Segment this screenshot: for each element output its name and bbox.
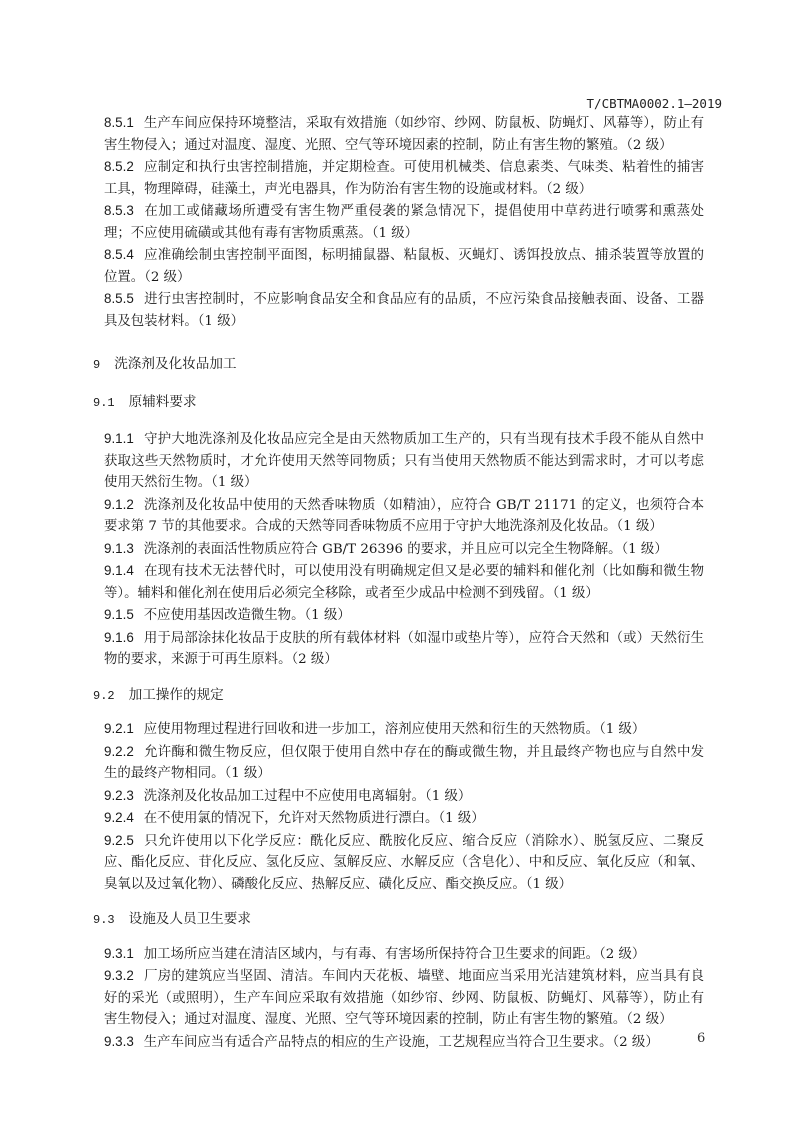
- clause-text: 加工场所应当建在清洁区域内，与有毒、有害场所保持符合卫生要求的间距。（2 级）: [144, 947, 646, 962]
- clause-text: 只允许使用以下化学反应：酰化反应、酰胺化反应、缩合反应（消除水）、脱氢反应、二聚…: [104, 834, 704, 892]
- clause-number: 9.1.1: [104, 431, 134, 446]
- clause-9-2-3: 9.2.3洗涤剂及化妆品加工过程中不应使用电离辐射。（1 级）: [104, 785, 704, 808]
- clause-number: 9.2.4: [104, 810, 134, 825]
- section-heading-9-3: 9.3设施及人员卫生要求: [93, 909, 693, 932]
- chapter-heading: 9洗涤剂及化妆品加工: [93, 354, 693, 377]
- clause-number: 9.2.1: [104, 721, 134, 736]
- clause-number: 9.1.5: [104, 607, 134, 622]
- clause-number: 9.3.2: [104, 968, 134, 983]
- clause-text: 生产车间应保持环境整洁，采取有效措施（如纱帘、纱网、防鼠板、防蝇灯、风幕等），防…: [104, 116, 704, 153]
- page-number: 6: [697, 1031, 705, 1046]
- clause-text: 用于局部涂抹化妆品于皮肤的所有载体材料（如湿巾或垫片等），应符合天然和（或）天然…: [104, 631, 704, 668]
- clause-8-5-4: 8.5.4应准确绘制虫害控制平面图，标明捕鼠器、粘鼠板、灭蝇灯、诱饵投放点、捕杀…: [104, 244, 704, 288]
- clause-text: 守护大地洗涤剂及化妆品应完全是由天然物质加工生产的，只有当现有技术手段不能从自然…: [104, 432, 704, 490]
- section-number: 9.1: [93, 396, 115, 410]
- chapter-title: 洗涤剂及化妆品加工: [114, 356, 236, 372]
- clause-text: 应准确绘制虫害控制平面图，标明捕鼠器、粘鼠板、灭蝇灯、诱饵投放点、捕杀装置等放置…: [104, 248, 704, 285]
- section-title: 加工操作的规定: [129, 687, 224, 703]
- clause-8-5-2: 8.5.2应制定和执行虫害控制措施，并定期检查。可使用机械类、信息素类、气味类、…: [104, 156, 704, 200]
- clause-9-2-4: 9.2.4在不使用氯的情况下，允许对天然物质进行漂白。（1 级）: [104, 807, 704, 830]
- clause-number: 9.3.1: [104, 946, 134, 961]
- clause-8-5-3: 8.5.3在加工或储藏场所遭受有害生物严重侵袭的紧急情况下，提倡使用中草药进行喷…: [104, 200, 704, 244]
- page-content: 8.5.1生产车间应保持环境整洁，采取有效措施（如纱帘、纱网、防鼠板、防蝇灯、风…: [104, 112, 704, 1053]
- clause-9-3-3: 9.3.3生产车间应当有适合产品特点的相应的生产设施，工艺规程应当符合卫生要求。…: [104, 1031, 704, 1054]
- clause-number: 8.5.5: [104, 291, 134, 306]
- chapter-number: 9: [93, 358, 100, 372]
- clause-9-2-5: 9.2.5只允许使用以下化学反应：酰化反应、酰胺化反应、缩合反应（消除水）、脱氢…: [104, 830, 704, 896]
- clause-text: 进行虫害控制时，不应影响食品安全和食品应有的品质，不应污染食品接触表面、设备、工…: [104, 292, 704, 329]
- section-title: 设施及人员卫生要求: [129, 911, 251, 927]
- clause-number: 9.2.2: [104, 744, 134, 759]
- clause-text: 洗涤剂及化妆品加工过程中不应使用电离辐射。（1 级）: [144, 789, 471, 804]
- clause-text: 厂房的建筑应当坚固、清洁。车间内天花板、墙壁、地面应当采用光洁建筑材料，应当具有…: [104, 969, 704, 1027]
- clause-9-1-6: 9.1.6用于局部涂抹化妆品于皮肤的所有载体材料（如湿巾或垫片等），应符合天然和…: [104, 627, 704, 671]
- clause-number: 8.5.2: [104, 159, 134, 174]
- clause-number: 8.5.1: [104, 115, 134, 130]
- section-number: 9.2: [93, 689, 115, 703]
- clause-8-5-5: 8.5.5进行虫害控制时，不应影响食品安全和食品应有的品质，不应污染食品接触表面…: [104, 288, 704, 332]
- clause-text: 在加工或储藏场所遭受有害生物严重侵袭的紧急情况下，提倡使用中草药进行喷雾和熏蒸处…: [104, 204, 704, 241]
- clause-9-1-1: 9.1.1守护大地洗涤剂及化妆品应完全是由天然物质加工生产的，只有当现有技术手段…: [104, 428, 704, 494]
- section-heading-9-2: 9.2加工操作的规定: [93, 685, 693, 708]
- clause-text: 洗涤剂及化妆品中使用的天然香味物质（如精油），应符合 GB/T 21171 的定…: [104, 498, 704, 535]
- clause-text: 应使用物理过程进行回收和进一步加工，溶剂应使用天然和衍生的天然物质。（1 级）: [144, 722, 646, 737]
- clause-9-3-1: 9.3.1加工场所应当建在清洁区域内，与有毒、有害场所保持符合卫生要求的间距。（…: [104, 943, 704, 966]
- clause-number: 9.1.3: [104, 541, 134, 556]
- clause-number: 8.5.3: [104, 203, 134, 218]
- clause-text: 允许酶和微生物反应，但仅限于使用自然中存在的酶或微生物，并且最终产物也应与自然中…: [104, 745, 704, 782]
- clause-number: 9.2.5: [104, 833, 134, 848]
- document-code: T/CBTMA0002.1—2019: [587, 96, 722, 111]
- clause-text: 在现有技术无法替代时，可以使用没有明确规定但又是必要的辅料和催化剂（比如酶和微生…: [104, 564, 704, 601]
- section-title: 原辅料要求: [129, 394, 197, 410]
- clause-9-1-2: 9.1.2洗涤剂及化妆品中使用的天然香味物质（如精油），应符合 GB/T 211…: [104, 494, 704, 538]
- clause-number: 9.1.2: [104, 497, 134, 512]
- clause-number: 9.1.6: [104, 630, 134, 645]
- clause-text: 洗涤剂的表面活性物质应符合 GB/T 26396 的要求，并且应可以完全生物降解…: [144, 542, 668, 557]
- clause-9-1-5: 9.1.5不应使用基因改造微生物。（1 级）: [104, 604, 704, 627]
- clause-9-1-3: 9.1.3洗涤剂的表面活性物质应符合 GB/T 26396 的要求，并且应可以完…: [104, 538, 704, 561]
- clause-text: 生产车间应当有适合产品特点的相应的生产设施，工艺规程应当符合卫生要求。（2 级）: [144, 1035, 659, 1050]
- clause-9-1-4: 9.1.4在现有技术无法替代时，可以使用没有明确规定但又是必要的辅料和催化剂（比…: [104, 560, 704, 604]
- section-number: 9.3: [93, 913, 115, 927]
- section-heading-9-1: 9.1原辅料要求: [93, 392, 693, 415]
- clause-number: 9.1.4: [104, 563, 134, 578]
- clause-8-5-1: 8.5.1生产车间应保持环境整洁，采取有效措施（如纱帘、纱网、防鼠板、防蝇灯、风…: [104, 112, 704, 156]
- clause-9-2-2: 9.2.2允许酶和微生物反应，但仅限于使用自然中存在的酶或微生物，并且最终产物也…: [104, 741, 704, 785]
- clause-number: 9.3.3: [104, 1034, 134, 1049]
- clause-text: 不应使用基因改造微生物。（1 级）: [144, 608, 351, 623]
- clause-text: 在不使用氯的情况下，允许对天然物质进行漂白。（1 级）: [144, 811, 485, 826]
- clause-number: 9.2.3: [104, 788, 134, 803]
- clause-number: 8.5.4: [104, 247, 134, 262]
- clause-9-2-1: 9.2.1应使用物理过程进行回收和进一步加工，溶剂应使用天然和衍生的天然物质。（…: [104, 718, 704, 741]
- clause-text: 应制定和执行虫害控制措施，并定期检查。可使用机械类、信息素类、气味类、粘着性的捕…: [104, 160, 704, 197]
- clause-9-3-2: 9.3.2厂房的建筑应当坚固、清洁。车间内天花板、墙壁、地面应当采用光洁建筑材料…: [104, 965, 704, 1031]
